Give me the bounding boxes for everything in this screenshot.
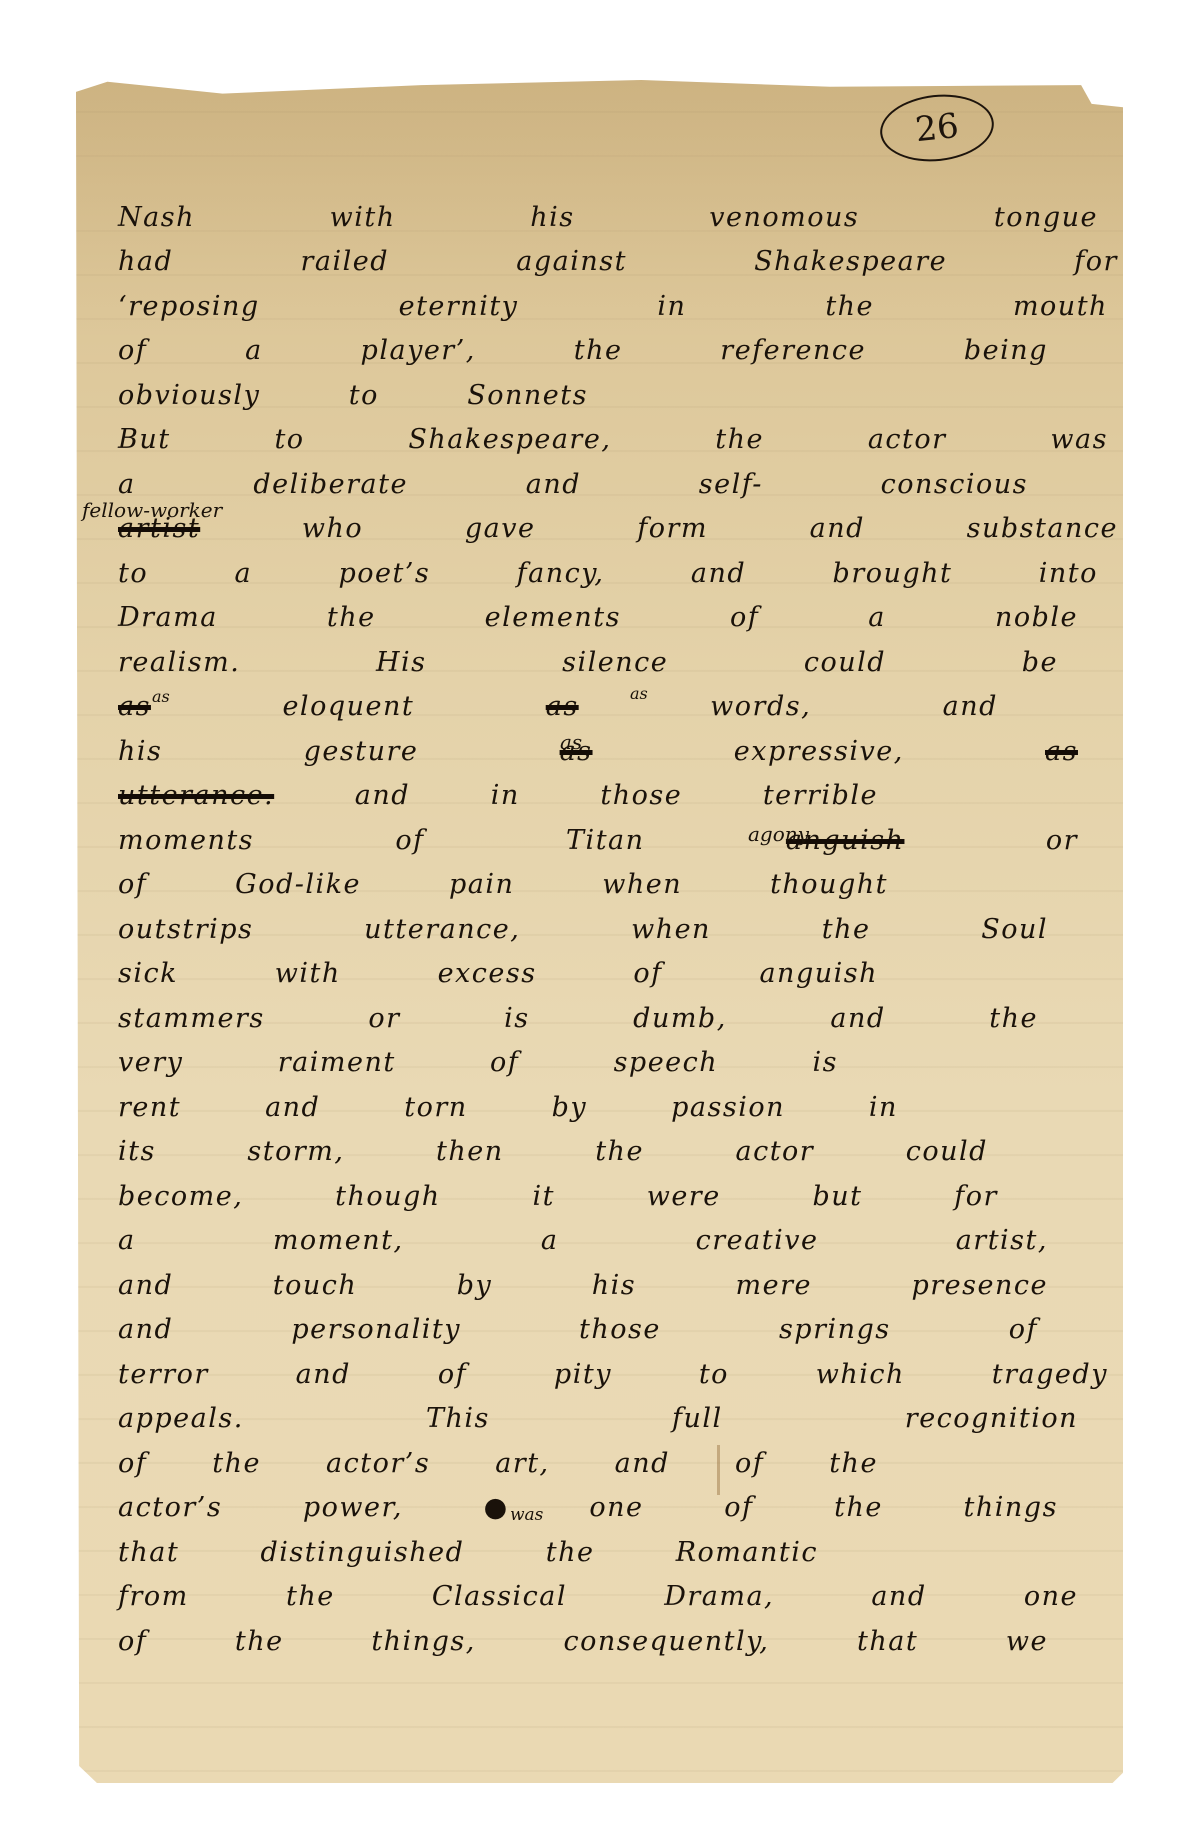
manuscript-word: Romantic: [676, 1537, 818, 1568]
manuscript-word: though: [335, 1181, 441, 1212]
manuscript-word: Drama: [118, 602, 218, 633]
manuscript-line: momentsofTitananguishor: [118, 811, 1078, 856]
manuscript-word: elements: [485, 602, 621, 633]
manuscript-word: But: [118, 424, 171, 455]
manuscript-line: obviouslytoSonnets: [118, 366, 588, 411]
manuscript-line: rentandtornbypassionin: [118, 1078, 898, 1123]
manuscript-word: it: [532, 1181, 555, 1212]
manuscript-word: the: [715, 424, 764, 455]
manuscript-line: ButtoShakespeare,theactorwas: [118, 411, 1108, 456]
manuscript-word: and: [118, 1314, 173, 1345]
manuscript-word: terrible: [763, 780, 878, 811]
manuscript-word: personality: [291, 1314, 461, 1345]
manuscript-word: the: [546, 1537, 595, 1568]
manuscript-word: creative: [696, 1225, 819, 1256]
manuscript-word: its: [118, 1136, 156, 1167]
manuscript-word: and: [615, 1448, 670, 1479]
manuscript-word: Sonnets: [467, 380, 588, 411]
manuscript-line: sickwithexcessofanguish: [118, 945, 878, 990]
manuscript-word: a: [118, 1225, 136, 1256]
manuscript-word: Drama,: [664, 1581, 774, 1612]
manuscript-line: realism.Hissilencecouldbe: [118, 633, 1058, 678]
insertion-agony: agony: [748, 822, 809, 846]
manuscript-word: and: [265, 1092, 320, 1123]
manuscript-word: or: [368, 1003, 400, 1034]
manuscript-word: and: [691, 558, 746, 589]
manuscript-word: recognition: [905, 1403, 1078, 1434]
manuscript-word: to: [118, 558, 148, 589]
manuscript-line: Nashwithhisvenomoustongue: [118, 188, 1098, 233]
manuscript-word: speech: [614, 1047, 719, 1078]
manuscript-word: venomous: [709, 202, 859, 233]
manuscript-word: with: [275, 958, 341, 989]
manuscript-line: outstripsutterance,whentheSoul: [118, 900, 1048, 945]
manuscript-word: could: [804, 647, 886, 678]
manuscript-word: rent: [118, 1092, 181, 1123]
manuscript-word: had: [118, 246, 173, 277]
manuscript-word: art,: [495, 1448, 549, 1479]
manuscript-word: Shakespeare,: [408, 424, 611, 455]
manuscript-word: power,: [303, 1492, 403, 1523]
manuscript-word: actor: [735, 1136, 814, 1167]
manuscript-line: ofthethings,consequently,thatwe: [118, 1612, 1048, 1657]
manuscript-line: itsstorm,thentheactorcould: [118, 1123, 988, 1168]
manuscript-word: but: [812, 1181, 862, 1212]
manuscript-word: springs: [779, 1314, 891, 1345]
manuscript-word: of: [118, 335, 147, 366]
manuscript-word: tragedy: [992, 1359, 1108, 1390]
manuscript-line: amoment,acreativeartist,: [118, 1212, 1048, 1257]
manuscript-word: is: [504, 1003, 530, 1034]
manuscript-word: presence: [911, 1270, 1048, 1301]
manuscript-word: terror: [118, 1359, 209, 1390]
manuscript-word: stammers: [118, 1003, 265, 1034]
manuscript-word: to: [699, 1359, 729, 1390]
manuscript-word: Soul: [981, 914, 1048, 945]
manuscript-line: terrorandofpitytowhichtragedy: [118, 1345, 1108, 1390]
manuscript-word: form: [637, 513, 708, 544]
manuscript-word: Classical: [432, 1581, 567, 1612]
manuscript-word: and: [355, 780, 410, 811]
manuscript-word: when: [602, 869, 682, 900]
manuscript-word: to: [349, 380, 379, 411]
manuscript-line: oftheactor’sart,andofthe: [118, 1434, 878, 1479]
manuscript-word: Nash: [118, 202, 195, 233]
manuscript-word: those: [579, 1314, 661, 1345]
manuscript-word: deliberate: [253, 469, 408, 500]
manuscript-word: full: [672, 1403, 723, 1434]
manuscript-word: realism.: [118, 647, 240, 678]
manuscript-line: toapoet’sfancy,andbroughtinto: [118, 544, 1098, 589]
manuscript-word: things,: [371, 1626, 476, 1657]
manuscript-word: against: [516, 246, 627, 277]
manuscript-word: or: [1046, 825, 1078, 856]
manuscript-word: His: [376, 647, 427, 678]
manuscript-word: the: [286, 1581, 335, 1612]
manuscript-word: mouth: [1013, 291, 1108, 322]
manuscript-word: sick: [118, 958, 178, 989]
manuscript-word: his: [530, 202, 574, 233]
manuscript-word: his: [592, 1270, 636, 1301]
manuscript-word: torn: [404, 1092, 467, 1123]
insertion-was: was: [510, 1505, 543, 1525]
manuscript-word: reference: [720, 335, 866, 366]
manuscript-word: outstrips: [118, 914, 253, 945]
manuscript-word: and: [871, 1581, 926, 1612]
manuscript-word: which: [816, 1359, 905, 1390]
manuscript-word: of: [730, 602, 759, 633]
manuscript-word: of: [118, 869, 147, 900]
manuscript-word: storm,: [247, 1136, 344, 1167]
manuscript-word: one: [1024, 1581, 1078, 1612]
manuscript-line: hisgestureasexpressive,as: [118, 722, 1078, 767]
page-number-text: 26: [913, 106, 960, 150]
manuscript-word: of: [724, 1492, 753, 1523]
manuscript-word: of: [1009, 1314, 1038, 1345]
manuscript-line: hadrailedagainstShakespearefor: [118, 233, 1118, 278]
manuscript-word: the: [834, 1492, 883, 1523]
manuscript-word: is: [812, 1047, 838, 1078]
manuscript-word: artist,: [956, 1225, 1048, 1256]
manuscript-word: actor: [868, 424, 947, 455]
manuscript-word: for: [1074, 246, 1118, 277]
manuscript-line: thatdistinguishedtheRomantic: [118, 1523, 818, 1568]
manuscript-word: in: [491, 780, 520, 811]
manuscript-word: pity: [554, 1359, 612, 1390]
manuscript-line: artistwhogaveformandsubstance: [118, 500, 1118, 545]
manuscript-word: we: [1006, 1626, 1048, 1657]
manuscript-word: poet’s: [338, 558, 430, 589]
manuscript-word: Titan: [566, 825, 644, 856]
manuscript-word: to: [274, 424, 304, 455]
manuscript-word: ‘reposing: [118, 291, 260, 322]
manuscript-word: silence: [562, 647, 668, 678]
manuscript-word: was: [1050, 424, 1108, 455]
manuscript-word: obviously: [118, 380, 260, 411]
manuscript-word: by: [552, 1092, 588, 1123]
manuscript-word: a: [234, 558, 252, 589]
manuscript-word: raiment: [278, 1047, 396, 1078]
manuscript-word: and: [810, 513, 865, 544]
manuscript-word: a: [245, 335, 263, 366]
manuscript-word: when: [631, 914, 711, 945]
manuscript-line: become,thoughitwerebutfor: [118, 1167, 998, 1212]
manuscript-word: that: [857, 1626, 918, 1657]
manuscript-word: gesture: [304, 736, 419, 767]
manuscript-word: moments: [118, 825, 254, 856]
insertion-as-1: as: [152, 687, 170, 706]
manuscript-word: were: [647, 1181, 721, 1212]
struck-word: as: [1045, 736, 1078, 767]
manuscript-word: This: [426, 1403, 490, 1434]
manuscript-line: utterance.andinthoseterrible: [118, 767, 878, 812]
manuscript-word: railed: [300, 246, 389, 277]
manuscript-line: ofaplayer’,thereferencebeing: [118, 322, 1048, 367]
manuscript-word: and: [296, 1359, 351, 1390]
manuscript-word: become,: [118, 1181, 243, 1212]
manuscript-word: of: [438, 1359, 467, 1390]
manuscript-word: a: [541, 1225, 559, 1256]
struck-word: as: [118, 691, 151, 722]
struck-word: as: [546, 691, 579, 722]
manuscript-word: touch: [273, 1270, 358, 1301]
manuscript-word: words,: [710, 691, 811, 722]
manuscript-word: actor’s: [118, 1492, 222, 1523]
manuscript-word: and: [526, 469, 581, 500]
manuscript-word: noble: [995, 602, 1078, 633]
manuscript-line: appeals.Thisfullrecognition: [118, 1390, 1078, 1435]
manuscript-word: brought: [833, 558, 953, 589]
manuscript-word: distinguished: [260, 1537, 464, 1568]
manuscript-word: and: [943, 691, 998, 722]
manuscript-word: player’,: [361, 335, 476, 366]
manuscript-word: eloquent: [282, 691, 414, 722]
manuscript-line: veryraimentofspeechis: [118, 1034, 838, 1079]
insertion-as-3: as: [560, 730, 582, 754]
manuscript-word: ●: [484, 1492, 509, 1523]
manuscript-word: very: [118, 1047, 183, 1078]
manuscript-word: mere: [736, 1270, 812, 1301]
manuscript-word: consequently,: [563, 1626, 769, 1657]
manuscript-word: with: [330, 202, 396, 233]
manuscript-word: moment,: [273, 1225, 404, 1256]
manuscript-word: for: [954, 1181, 998, 1212]
manuscript-line: ‘reposingeternityinthemouth: [118, 277, 1108, 322]
manuscript-word: conscious: [881, 469, 1028, 500]
manuscript-word: of: [490, 1047, 519, 1078]
manuscript-word: a: [118, 469, 136, 500]
manuscript-line: andpersonalitythosespringsof: [118, 1301, 1038, 1346]
manuscript-word: excess: [438, 958, 537, 989]
manuscript-word: the: [825, 291, 874, 322]
manuscript-word: from: [118, 1581, 189, 1612]
manuscript-word: in: [869, 1092, 898, 1123]
manuscript-word: the: [212, 1448, 261, 1479]
manuscript-word: God-like: [235, 869, 361, 900]
manuscript-line: ofGod-likepainwhenthought: [118, 856, 888, 901]
manuscript-word: the: [327, 602, 376, 633]
manuscript-word: anguish: [759, 958, 878, 989]
manuscript-word: by: [457, 1270, 493, 1301]
manuscript-word: his: [118, 736, 162, 767]
manuscript-word: of: [735, 1448, 764, 1479]
manuscript-word: and: [830, 1003, 885, 1034]
manuscript-word: eternity: [399, 291, 519, 322]
manuscript-word: of: [118, 1448, 147, 1479]
manuscript-word: appeals.: [118, 1403, 244, 1434]
manuscript-line: stammersorisdumb,andthe: [118, 989, 1038, 1034]
manuscript-word: being: [964, 335, 1048, 366]
manuscript-word: substance: [967, 513, 1118, 544]
struck-word: utterance.: [118, 780, 274, 811]
manuscript-word: the: [989, 1003, 1038, 1034]
insertion-as-2: as: [630, 684, 648, 703]
manuscript-word: the: [235, 1626, 284, 1657]
manuscript-word: tongue: [994, 202, 1098, 233]
manuscript-word: pain: [449, 869, 514, 900]
manuscript-word: the: [822, 914, 871, 945]
manuscript-word: dumb,: [633, 1003, 727, 1034]
manuscript-word: the: [574, 335, 623, 366]
manuscript-word: could: [906, 1136, 988, 1167]
manuscript-word: who: [302, 513, 363, 544]
manuscript-word: that: [118, 1537, 179, 1568]
manuscript-word: into: [1039, 558, 1098, 589]
manuscript-word: those: [600, 780, 682, 811]
manuscript-word: of: [633, 958, 662, 989]
manuscript-word: of: [118, 1626, 147, 1657]
manuscript-word: the: [829, 1448, 878, 1479]
manuscript-word: be: [1022, 647, 1058, 678]
manuscript-word: expressive,: [734, 736, 904, 767]
manuscript-word: of: [395, 825, 424, 856]
manuscript-line: aseloquentaswords,and: [118, 678, 998, 723]
manuscript-word: actor’s: [326, 1448, 430, 1479]
manuscript-word: gave: [465, 513, 536, 544]
manuscript-line: Dramatheelementsofanoble: [118, 589, 1078, 634]
manuscript-word: fancy,: [517, 558, 605, 589]
manuscript-line: andtouchbyhismerepresence: [118, 1256, 1048, 1301]
manuscript-word: thought: [770, 869, 888, 900]
insertion-fellow-worker: fellow-worker: [82, 498, 222, 522]
manuscript-line: fromtheClassicalDrama,andone: [118, 1568, 1078, 1613]
manuscript-word: self-: [699, 469, 763, 500]
manuscript-line: actor’spower,●oneofthethings: [118, 1479, 1058, 1524]
manuscript-word: Shakespeare: [754, 246, 947, 277]
manuscript-word: utterance,: [364, 914, 520, 945]
manuscript-word: passion: [671, 1092, 785, 1123]
manuscript-word: things: [964, 1492, 1058, 1523]
manuscript-line: adeliberateandself-conscious: [118, 455, 1028, 500]
manuscript-word: in: [657, 291, 686, 322]
manuscript-word: then: [436, 1136, 504, 1167]
manuscript-word: the: [595, 1136, 644, 1167]
manuscript-word: one: [589, 1492, 643, 1523]
manuscript-text: Nashwithhisvenomoustonguehadrailedagains…: [118, 188, 1098, 1657]
manuscript-word: a: [868, 602, 886, 633]
manuscript-word: and: [118, 1270, 173, 1301]
